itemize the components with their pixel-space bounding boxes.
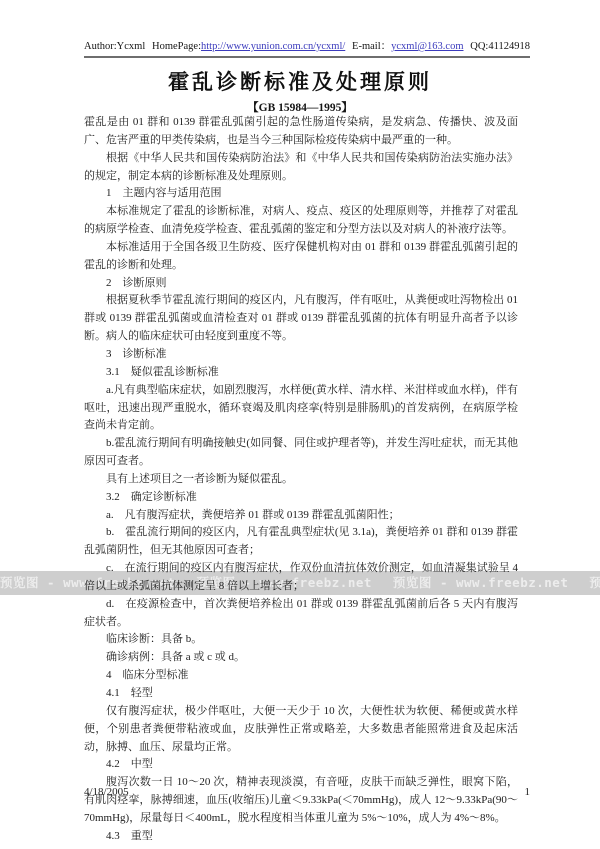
email-field: E-mail：ycxml@163.com [352,38,463,53]
paragraph: 临床诊断：具备 b。 [84,631,518,649]
section-heading: 2 诊断原则 [84,275,518,293]
paragraph: 仅有腹泻症状，极少伴呕吐，大便一天少于 10 次，大便性状为软便、稀便或黄水样便… [84,703,518,757]
section-heading: 3 诊断标准 [84,346,518,364]
paragraph: 确诊病例：具备 a 或 c 或 d。 [84,649,518,667]
footer-date: 4/18/2005 [84,786,129,798]
homepage-field: HomePage:http://www.yunion.com.cn/ycxml/ [152,41,345,52]
paragraph: d. 在疫源检查中，首次粪便培养检出 01 群或 0139 群霍乱弧菌前后各 5… [84,596,518,632]
section-heading: 4.1 轻型 [84,685,518,703]
email-link[interactable]: ycxml@163.com [391,41,463,52]
document-page: 预览图 - www.freebz.net 预览图 - www.freebz.ne… [0,0,600,849]
paragraph: c. 在流行期间的疫区内有腹泻症状，作双份血清抗体效价测定，如血清凝集试验呈 4… [84,560,518,596]
gb-standard-number: 【GB 15984—1995】 [0,99,600,115]
paragraph: a.凡有典型临床症状，如剧烈腹泻，水样便(黄水样、清水样、米泔样或血水样)，伴有… [84,382,518,436]
author-label: Author:Ycxml [84,41,145,52]
paragraph: 霍乱是由 01 群和 0139 群霍乱弧菌引起的急性肠道传染病，是发病急、传播快… [84,114,518,150]
section-heading: 4.2 中型 [84,756,518,774]
section-heading: 4 临床分型标准 [84,667,518,685]
section-heading: 3.1 疑似霍乱诊断标准 [84,364,518,382]
doc-header: Author:Ycxml HomePage:http://www.yunion.… [84,38,530,58]
doc-footer: 4/18/2005 1 [84,786,530,798]
paragraph: b. 霍乱流行期间的疫区内，凡有霍乱典型症状(见 3.1a)，粪便培养 01 群… [84,524,518,560]
paragraph: 具有上述项目之一者诊断为疑似霍乱。 [84,471,518,489]
paragraph: 根据夏秋季节霍乱流行期间的疫区内，凡有腹泻，伴有呕吐，从粪便或吐泻物检出 01 … [84,292,518,346]
paragraph: 根据《中华人民共和国传染病防治法》和《中华人民共和国传染病防治法实施办法》的规定… [84,150,518,186]
paragraph: 本标准适用于全国各级卫生防疫、医疗保健机构对由 01 群和 0139 群霍乱弧菌… [84,239,518,275]
homepage-link[interactable]: http://www.yunion.com.cn/ycxml/ [201,41,345,52]
qq-label: QQ:41124918 [470,41,530,52]
document-body: 霍乱是由 01 群和 0139 群霍乱弧菌引起的急性肠道传染病，是发病急、传播快… [84,114,518,846]
email-label: E-mail： [352,41,391,52]
paragraph: 腹泻次数一日 10～20 次，精神表现淡漠，有音哑，皮肤干而缺乏弹性，眼窝下陷，… [84,774,518,828]
homepage-label: HomePage: [152,41,201,52]
paragraph: b.霍乱流行期间有明确接触史(如同餐、同住或护理者等)，并发生泻吐症状，而无其他… [84,435,518,471]
paragraph: a. 凡有腹泻症状，粪便培养 01 群或 0139 群霍乱弧菌阳性； [84,507,518,525]
paragraph: 本标准规定了霍乱的诊断标准，对病人、疫点、疫区的处理原则等，并推荐了对霍乱的病原… [84,203,518,239]
section-heading: 1 主题内容与适用范围 [84,185,518,203]
section-heading: 4.3 重型 [84,828,518,846]
page-number: 1 [525,786,531,798]
section-heading: 3.2 确定诊断标准 [84,489,518,507]
page-title: 霍乱诊断标准及处理原则 [0,66,600,96]
